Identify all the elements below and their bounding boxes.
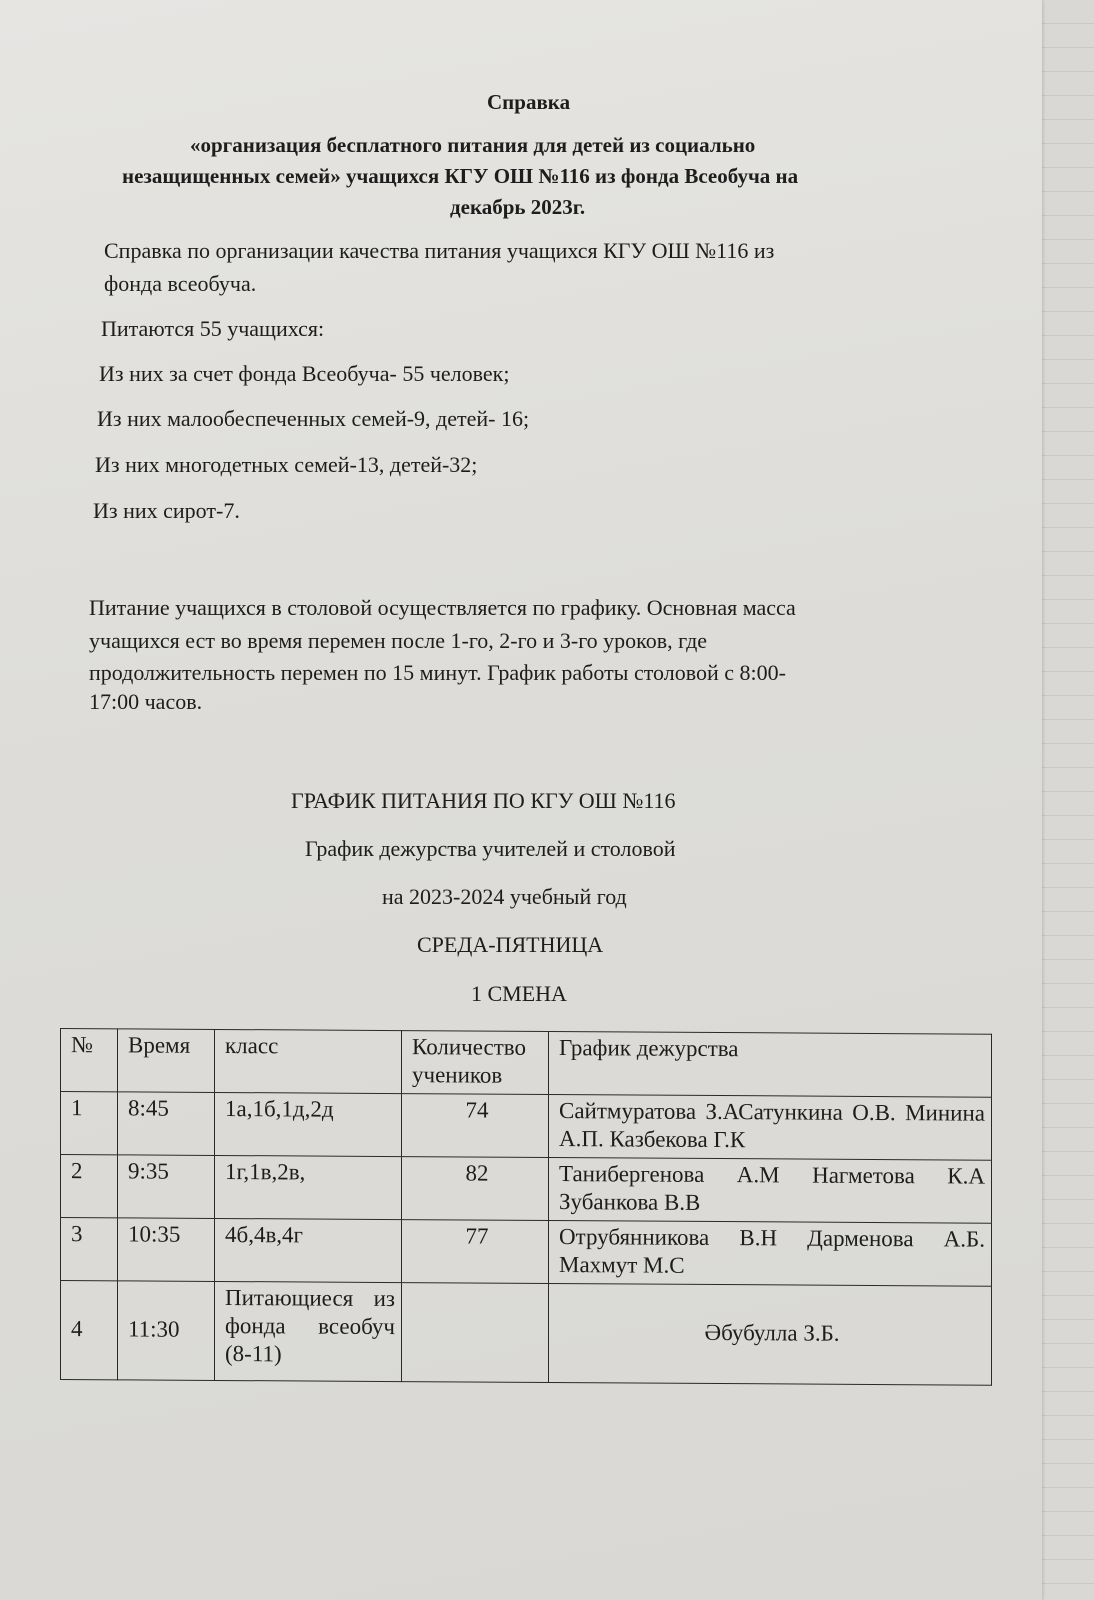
table-row: 1 8:45 1а,1б,1д,2д 74 Сайтмуратова З.АСа… [61,1092,992,1161]
schedule-paragraph-line-1: Питание учащихся в столовой осуществляет… [89,595,796,621]
header-duty: График дежурства [549,1031,992,1097]
cell-class: 1а,1б,1д,2д [215,1092,402,1156]
schedule-paragraph-line-2: учащихся ест во время перемен после 1-го… [89,628,707,654]
cell-class: Питающиеся из фонда всеобуч (8-11) [215,1281,402,1381]
cell-time: 9:35 [118,1155,215,1219]
stat-line-low-income: Из них малообеспеченных семей-9, детей- … [97,406,529,432]
stat-line-large-families: Из них многодетных семей-13, детей-32; [95,452,477,478]
stat-line-total: Питаются 55 учащихся: [101,316,324,342]
cell-duty: Отрубянникова В.Н Дарменова А.Б. Махмут … [549,1220,992,1286]
cell-duty: Сайтмуратова З.АСатункина О.В. Минина А.… [549,1094,992,1160]
schedule-title: ГРАФИК ПИТАНИЯ ПО КГУ ОШ №116 [291,788,676,814]
schedule-subtitle: График дежурства учителей и столовой [305,836,676,862]
cell-count: 74 [402,1094,549,1158]
header-class: класс [215,1029,402,1093]
cell-num: 1 [61,1092,118,1155]
stat-line-fund: Из них за счет фонда Всеобуча- 55 челове… [99,361,509,387]
table-header-row: № Время класс Количество учеников График… [61,1029,992,1098]
cell-num: 4 [61,1281,118,1380]
cell-class: 1г,1в,2в, [215,1155,402,1219]
stat-line-orphans: Из них сирот-7. [93,498,240,524]
schedule-days: СРЕДА-ПЯТНИЦА [417,932,603,958]
subheading-line-2: незащищенных семей» учащихся КГУ ОШ №116… [122,164,798,189]
cell-time: 11:30 [118,1281,215,1381]
cell-time: 8:45 [118,1092,215,1156]
cell-count: 82 [402,1157,549,1221]
document-page: Справка «организация бесплатного питания… [0,0,1042,1600]
intro-line-2: фонда всеобуча. [104,271,256,297]
schedule-paragraph-line-4: 17:00 часов. [89,689,202,715]
document-heading: Справка [487,90,570,115]
cell-duty: Әбубулла З.Б. [549,1283,992,1385]
cell-count [402,1283,549,1383]
schedule-shift: 1 СМЕНА [471,981,567,1007]
header-count: Количество учеников [402,1031,549,1095]
cell-time: 10:35 [118,1218,215,1282]
header-time: Время [118,1029,215,1093]
subheading-line-1: «организация бесплатного питания для дет… [190,133,755,158]
schedule-paragraph-line-3: продолжительность перемен по 15 минут. Г… [89,660,786,686]
subheading-line-3: декабрь 2023г. [450,195,585,220]
table-row: 2 9:35 1г,1в,2в, 82 Танибергенова А.М На… [61,1155,992,1224]
intro-line-1: Справка по организации качества питания … [104,238,774,264]
cell-class: 4б,4в,4г [215,1218,402,1282]
header-num: № [61,1029,118,1092]
cell-num: 2 [61,1155,118,1218]
table-row: 3 10:35 4б,4в,4г 77 Отрубянникова В.Н Да… [61,1218,992,1287]
table-row: 4 11:30 Питающиеся из фонда всеобуч (8-1… [61,1281,992,1386]
underlying-page [1040,0,1094,1600]
duty-schedule-table: № Время класс Количество учеников График… [60,1028,992,1386]
schedule-year: на 2023-2024 учебный год [382,884,627,910]
cell-num: 3 [61,1218,118,1281]
cell-count: 77 [402,1220,549,1284]
cell-duty: Танибергенова А.М Нагметова К.А Зубанков… [549,1157,992,1223]
